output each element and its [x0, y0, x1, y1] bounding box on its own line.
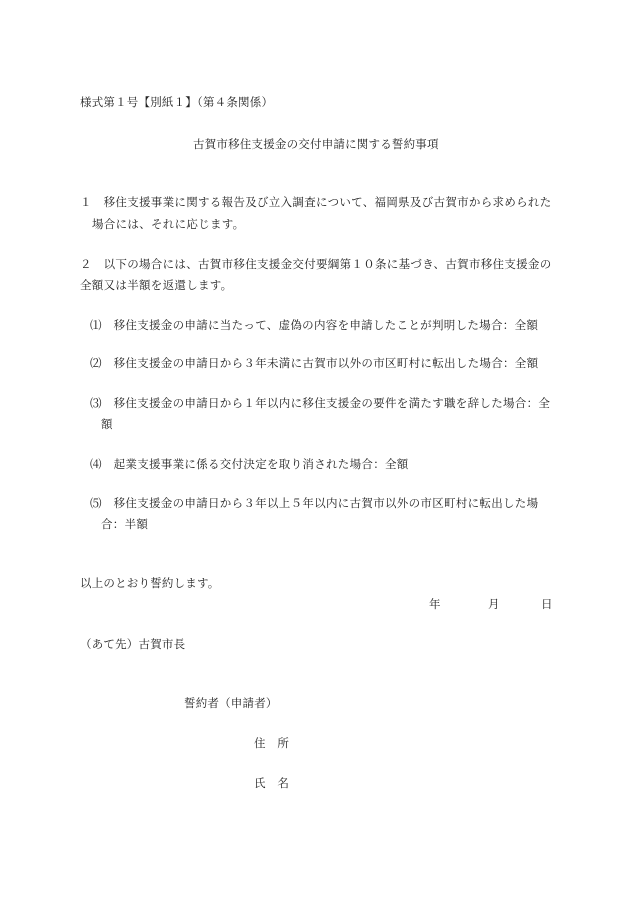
item-2-line-2: 全額又は半額を返還します。: [80, 280, 232, 292]
pledger-label: 誓約者（申請者）: [184, 698, 278, 710]
date-month-label: 月: [488, 599, 500, 611]
item-1-line-1: １ 移住支援事業に関する報告及び立入調査について、福岡県及び古賀市から求められた: [80, 197, 552, 209]
address-label: 住 所: [254, 738, 289, 750]
sub-item-4-line-1: ⑷ 起業支援事業に係る交付決定を取り消された場合：全額: [90, 459, 409, 471]
date-day-label: 日: [541, 599, 553, 611]
sub-item-1-line-1: ⑴ 移住支援金の申請に当たって、虚偽の内容を申請したことが判明した場合：全額: [90, 320, 538, 332]
pledge-statement: 以上のとおり誓約します。: [80, 578, 219, 590]
item-2-line-1: ２ 以下の場合には、古賀市移住支援金交付要綱第１０条に基づき、古賀市移住支援金の: [80, 259, 552, 271]
sub-item-3-line-1: ⑶ 移住支援金の申請日から１年以内に移住支援金の要件を満たす職を辞した場合：全: [90, 398, 550, 410]
addressee: （あて先）古賀市長: [80, 639, 185, 651]
name-label: 氏 名: [254, 778, 289, 790]
date-year-label: 年: [429, 599, 441, 611]
sub-item-5-line-1: ⑸ 移住支援金の申請日から３年以上５年以内に古賀市以外の市区町村に転出した場: [90, 498, 538, 510]
sub-item-5-line-2: 合：半額: [101, 519, 148, 531]
sub-item-3-line-2: 額: [101, 419, 113, 431]
sub-item-2-line-1: ⑵ 移住支援金の申請日から３年未満に古賀市以外の市区町村に転出した場合：全額: [90, 358, 538, 370]
document-title: 古賀市移住支援金の交付申請に関する誓約事項: [193, 139, 439, 151]
form-label: 様式第１号【別紙１】（第４条関係）: [80, 97, 273, 109]
item-1-line-2: 場合には、それに応じます。: [92, 219, 244, 231]
